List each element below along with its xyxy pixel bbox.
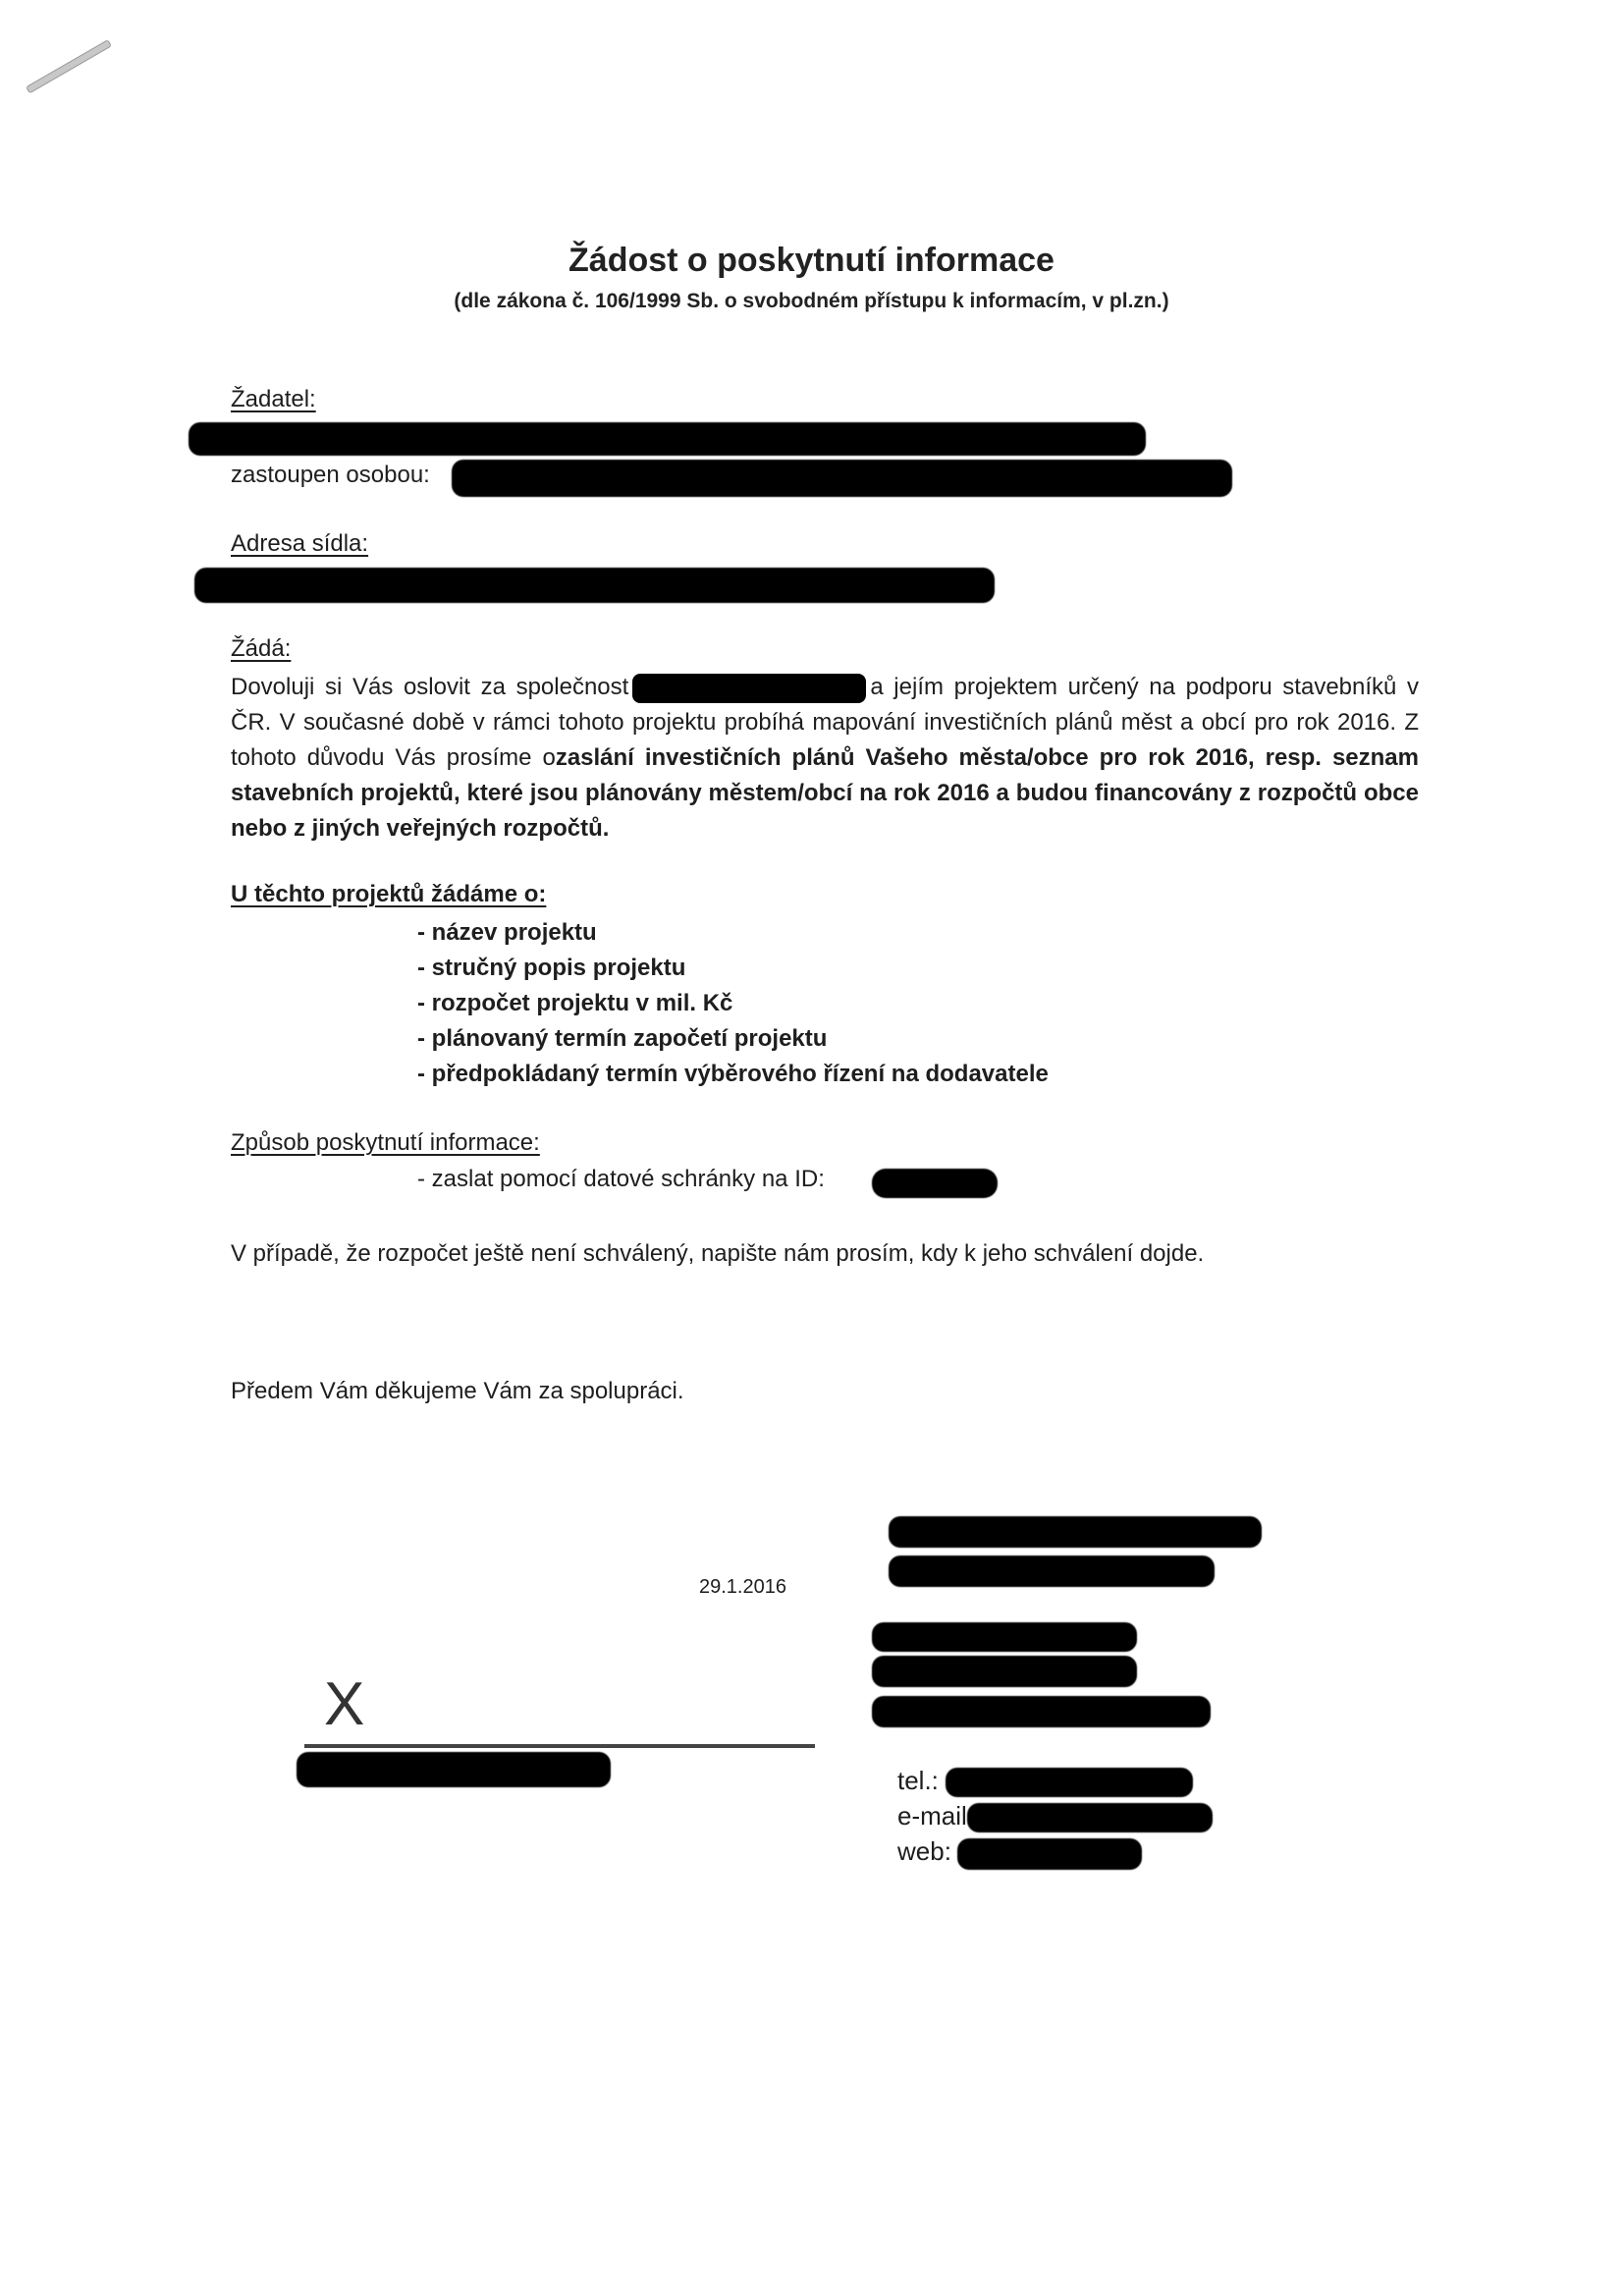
redacted-databox-id <box>872 1169 998 1198</box>
redacted-company-city <box>872 1696 1211 1727</box>
projects-label: U těchto projektů žádáme o: <box>231 881 546 908</box>
document-subtitle: (dle zákona č. 106/1999 Sb. o svobodném … <box>0 290 1623 313</box>
redacted-sender-position <box>889 1556 1215 1587</box>
thanks-text: Předem Vám děkujeme Vám za spolupráci. <box>231 1378 684 1405</box>
request-text-start: Dovoluji si Vás oslovit za společnost <box>231 674 628 700</box>
redacted-applicant-name <box>189 422 1146 456</box>
email-label: e-mail <box>897 1801 967 1831</box>
list-item: - předpokládaný termín výběrového řízení… <box>417 1057 1049 1092</box>
list-item: - stručný popis projektu <box>417 951 1049 986</box>
redacted-representative <box>452 460 1232 497</box>
redacted-company <box>632 674 866 703</box>
document-date: 29.1.2016 <box>699 1576 786 1599</box>
redacted-sender-name <box>889 1516 1262 1548</box>
list-item: - název projektu <box>417 915 1049 951</box>
request-label: Žádá: <box>231 635 291 663</box>
redacted-company-street <box>872 1656 1137 1687</box>
redacted-web <box>957 1838 1142 1870</box>
signature-x-mark: X <box>324 1669 364 1739</box>
staple-mark <box>26 39 112 93</box>
tel-label: tel.: <box>897 1766 939 1796</box>
document-title: Žádost o poskytnutí informace <box>0 242 1623 280</box>
web-label: web: <box>897 1836 951 1867</box>
redacted-signatory-name <box>297 1752 611 1787</box>
redacted-company-name <box>872 1622 1137 1652</box>
signature-line <box>304 1744 815 1748</box>
applicant-label: Žadatel: <box>231 386 316 413</box>
redacted-tel <box>946 1768 1193 1797</box>
redacted-address <box>194 568 995 603</box>
delivery-item: - zaslat pomocí datové schránky na ID: <box>417 1166 825 1193</box>
projects-list: - název projektu - stručný popis projekt… <box>417 915 1049 1092</box>
redacted-email <box>967 1803 1213 1832</box>
budget-note: V případě, že rozpočet ještě není schvál… <box>231 1240 1204 1268</box>
represented-by-label: zastoupen osobou: <box>231 462 430 489</box>
list-item: - rozpočet projektu v mil. Kč <box>417 986 1049 1021</box>
request-paragraph: Dovoluji si Vás oslovit za společnosta j… <box>231 670 1419 847</box>
address-label: Adresa sídla: <box>231 530 368 558</box>
delivery-label: Způsob poskytnutí informace: <box>231 1129 540 1157</box>
list-item: - plánovaný termín započetí projektu <box>417 1021 1049 1057</box>
